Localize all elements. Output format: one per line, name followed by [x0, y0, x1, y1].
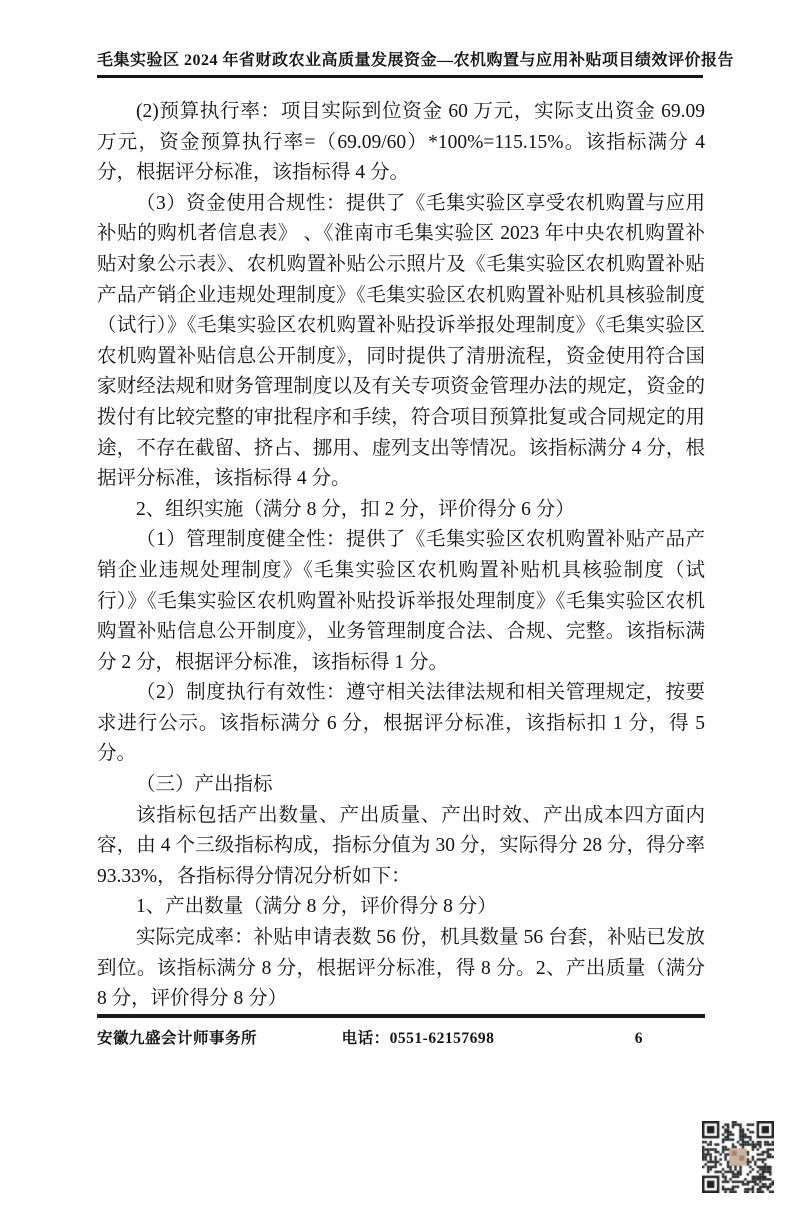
paragraph-budget-execution-rate: (2)预算执行率：项目实际到位资金 60 万元，实际支出资金 69.09 万元，… — [97, 97, 705, 189]
paragraph-system-effectiveness: （2）制度执行有效性：遵守相关法律法规和相关管理规定，按要求进行公示。该指标满分… — [97, 678, 705, 770]
paragraph-output-quantity-head: 1、产出数量（满分 8 分，评价得分 8 分） — [97, 892, 705, 923]
paragraph-actual-completion: 实际完成率：补贴申请表数 56 份，机具数量 56 台套，补贴已发放到位。该指标… — [97, 923, 705, 1015]
footer-phone: 电话：0551-62157698 — [342, 1026, 495, 1048]
header-title-left: 毛集实验区 2024 年省财政农业高质量发展资金—农机购置与应用补贴项目 — [97, 47, 635, 70]
document-page: 毛集实验区 2024 年省财政农业高质量发展资金—农机购置与应用补贴项目 绩效评… — [0, 0, 793, 1209]
document-body: (2)预算执行率：项目实际到位资金 60 万元，实际支出资金 69.09 万元，… — [97, 97, 705, 1015]
paragraph-mgmt-system-soundness: （1）管理制度健全性：提供了《毛集实验区农机购置补贴产品产销企业违规处理制度》《… — [97, 525, 705, 678]
paragraph-output-overview: 该指标包括产出数量、产出质量、产出时效、产出成本四方面内容，由 4 个三级指标构… — [97, 801, 705, 893]
header-title-right: 绩效评价报告 — [635, 47, 734, 70]
qr-code — [702, 1121, 774, 1193]
paragraph-org-implementation: 2、组织实施（满分 8 分，扣 2 分，评价得分 6 分） — [97, 495, 705, 526]
paragraph-output-indicator-head: （三）产出指标 — [97, 770, 705, 801]
page-footer: 安徽九盛会计师事务所 电话：0551-62157698 6 — [97, 1014, 705, 1048]
footer-company: 安徽九盛会计师事务所 — [97, 1026, 294, 1048]
paragraph-fund-use-compliance: （3）资金使用合规性：提供了《毛集实验区享受农机购置与应用补贴的购机者信息表》 … — [97, 189, 705, 495]
page-header: 毛集实验区 2024 年省财政农业高质量发展资金—农机购置与应用补贴项目 绩效评… — [97, 47, 703, 78]
